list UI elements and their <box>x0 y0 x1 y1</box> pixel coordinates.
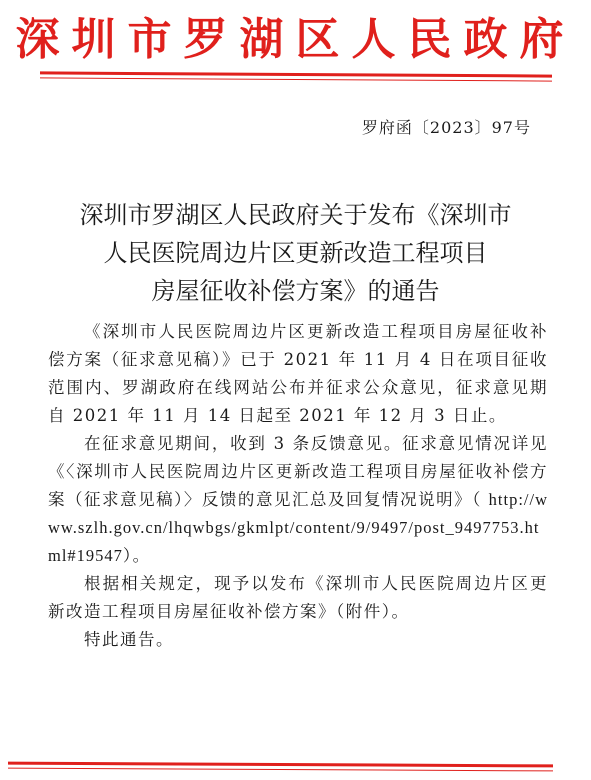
document-body: 《深圳市人民医院周边片区更新改造工程项目房屋征收补偿方案（征求意见稿）》已于 2… <box>48 318 548 654</box>
document-number: 罗府函〔2023〕97号 <box>362 115 531 138</box>
url-close-paren: ）。 <box>123 546 151 565</box>
masthead-red-rule-thin <box>40 77 552 81</box>
paragraph-4-closing: 特此通告。 <box>48 626 548 654</box>
paragraph-2: 在征求意见期间，收到 3 条反馈意见。征求意见情况详见《〈深圳市人民医院周边片区… <box>48 430 548 570</box>
title-line-1: 深圳市罗湖区人民政府关于发布《深圳市 <box>0 196 591 234</box>
url-open-paren: （ <box>472 490 489 509</box>
paragraph-1: 《深圳市人民医院周边片区更新改造工程项目房屋征收补偿方案（征求意见稿）》已于 2… <box>48 318 548 430</box>
title-line-3: 房屋征收补偿方案》的通告 <box>0 272 591 310</box>
footer-red-rule-thin <box>8 768 553 772</box>
title-line-2: 人民医院周边片区更新改造工程项目 <box>0 234 591 272</box>
issuer-masthead: 深圳市罗湖区人民政府 <box>0 14 591 66</box>
paragraph-3: 根据相关规定，现予以发布《深圳市人民医院周边片区更新改造工程项目房屋征收补偿方案… <box>48 570 548 626</box>
document-title: 深圳市罗湖区人民政府关于发布《深圳市 人民医院周边片区更新改造工程项目 房屋征收… <box>0 196 591 310</box>
footer-red-rule-thick <box>8 762 553 768</box>
masthead-red-rule-thick <box>40 71 552 77</box>
